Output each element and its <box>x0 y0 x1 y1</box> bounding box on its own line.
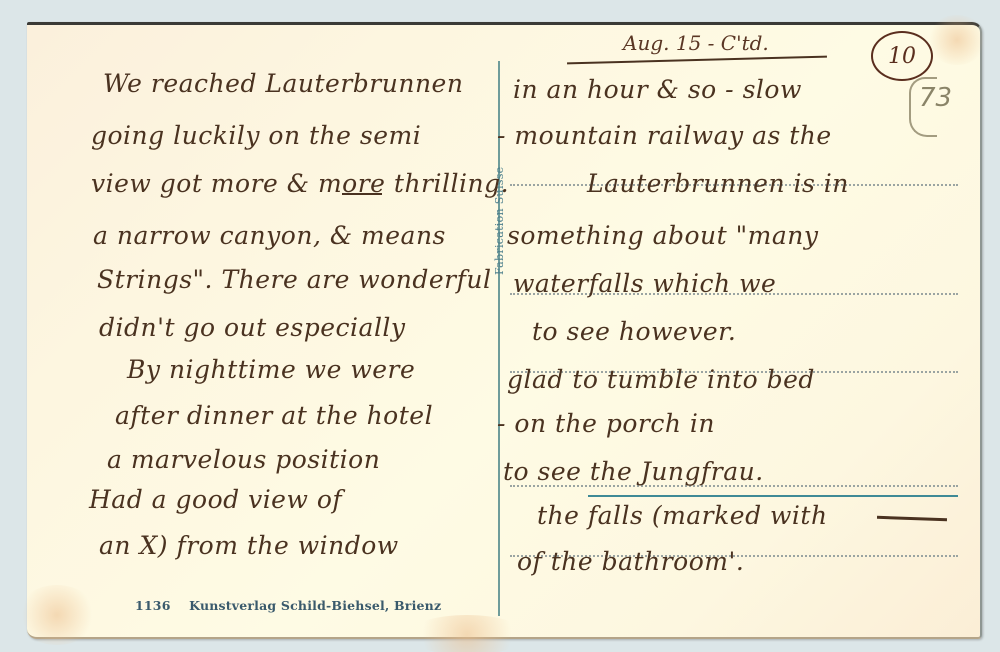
address-line-solid <box>588 495 958 497</box>
underline-more <box>342 193 382 195</box>
message-left-line-5: Strings". There are wonderful <box>97 265 491 294</box>
handwritten-date: Aug. 15 - C'td. <box>623 31 769 55</box>
message-left-line-7: By nighttime we were <box>127 355 415 384</box>
message-right-line-7: glad to tumble into bed <box>507 365 815 394</box>
message-left-line-8: after dinner at the hotel <box>115 401 433 430</box>
message-right-line-3: Lauterbrunnen is in <box>587 169 849 198</box>
message-right-line-8: - on the porch in <box>497 409 715 438</box>
message-right-line-9: to see the Jungfrau. <box>503 457 764 486</box>
postcard: Fabrication Suisse 1136 Kunstverlag Schi… <box>27 22 982 639</box>
circled-number: 10 <box>871 31 933 81</box>
message-left-line-10: Had a good view of <box>89 485 342 514</box>
message-left-line-11: an X) from the window <box>99 531 399 560</box>
message-left-line-3: view got more & more thrilling. <box>91 169 509 198</box>
message-right-line-1: in an hour & so - slow <box>513 75 802 104</box>
card-number: 1136 <box>135 598 171 613</box>
circled-number-text: 10 <box>888 44 916 69</box>
message-right-line-10: the falls (marked with <box>537 501 828 530</box>
message-right-line-2: - mountain railway as the <box>497 121 832 150</box>
message-left-line-9: a marvelous position <box>107 445 380 474</box>
publisher-imprint: 1136 Kunstverlag Schild-Biehsel, Brienz <box>135 598 441 613</box>
age-stain <box>407 615 527 652</box>
message-left-line-6: didn't go out especially <box>99 313 406 342</box>
message-left-line-1: We reached Lauterbrunnen <box>103 69 463 98</box>
date-underline <box>567 56 827 65</box>
message-right-line-11: of the bathroom'. <box>517 547 744 576</box>
age-stain <box>927 15 987 65</box>
message-left-line-2: going luckily on the semi <box>91 121 421 150</box>
message-right-line-6: to see however. <box>532 317 736 346</box>
pencil-number: 73 <box>919 83 952 113</box>
strike-mark <box>877 516 947 521</box>
message-right-line-4: something about "many <box>507 221 818 250</box>
message-right-line-5: waterfalls which we <box>513 269 776 298</box>
message-left-line-4: a narrow canyon, & means <box>93 221 446 250</box>
age-stain <box>17 585 97 645</box>
publisher-name: Kunstverlag Schild-Biehsel, Brienz <box>189 598 441 613</box>
